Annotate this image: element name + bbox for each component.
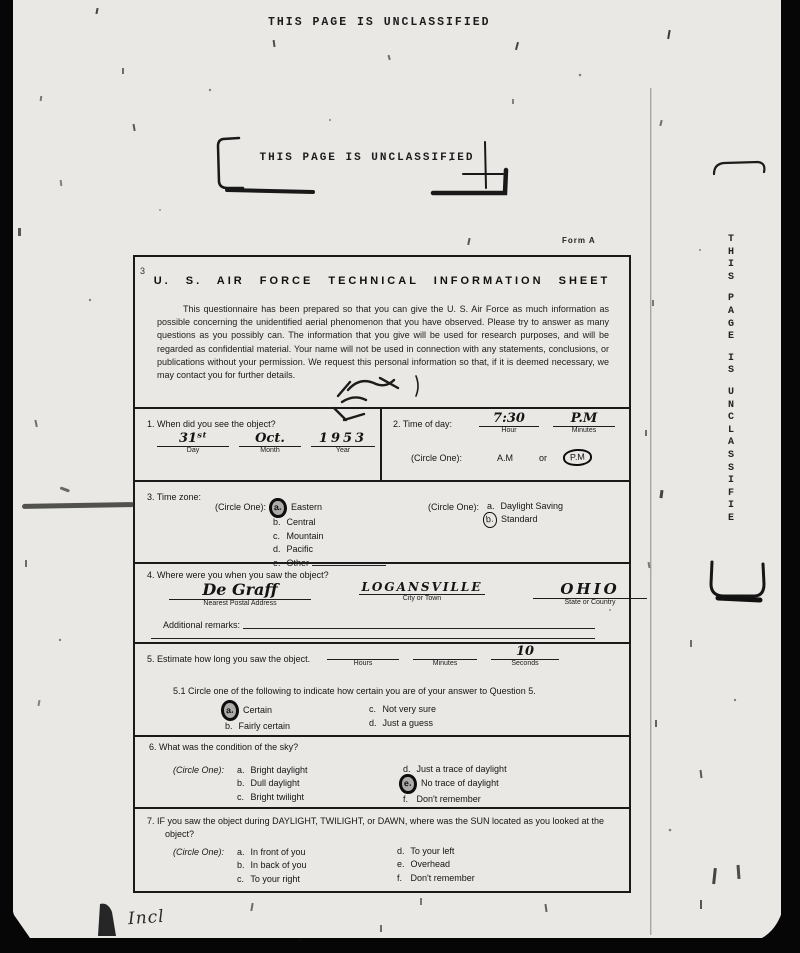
q5-options-col2: c. Not very sure d. Just a guess xyxy=(369,702,436,730)
unclassified-stamp: THIS PAGE IS UNCLASSIFIED xyxy=(252,152,482,164)
q3-dst-circle-one-label: (Circle One): xyxy=(428,502,479,512)
q6-options-col2: d. Just a trace of daylight e. No trace … xyxy=(403,763,507,806)
q5-options-col1: a. Certain b. Fairly certain xyxy=(225,702,290,733)
q1-day-value: 31ˢᵗ xyxy=(157,431,229,447)
form-series-label: Form A xyxy=(562,236,596,245)
q6-label: 6. What was the condition of the sky? xyxy=(149,742,298,752)
q5-minutes-label: Minutes xyxy=(433,660,458,667)
q6-options-col1: a. Bright daylight b. Dull daylight c. B… xyxy=(237,764,308,804)
q1-month-label: Month xyxy=(260,447,279,454)
q3-dst-options: a. Daylight Saving b. Standard xyxy=(487,500,563,527)
technical-information-sheet-form: U. S. AIR FORCE TECHNICAL INFORMATION SH… xyxy=(133,255,631,893)
q3-option-central: b. Central xyxy=(273,516,386,529)
q3-option-standard: b. Standard xyxy=(487,513,563,526)
q3-option-eastern: a. Eastern xyxy=(273,500,386,516)
q2-am-option: A.M xyxy=(497,453,513,463)
q2-circle-one-label: (Circle One): xyxy=(411,453,462,463)
q3-option-mountain: c. Mountain xyxy=(273,530,386,543)
q1-year-value: 1953 xyxy=(311,431,375,447)
q7-option-to-your-right: c. To your right xyxy=(237,873,307,886)
q4-state-value: OHIO xyxy=(533,580,647,599)
q4-city-label: City or Town xyxy=(403,595,441,602)
q7-circle-one-label: (Circle One): xyxy=(173,847,224,857)
top-unclassified-banner: THIS PAGE IS UNCLASSIFIED xyxy=(268,16,491,29)
q7-option-in-back: b. In back of you xyxy=(237,859,307,872)
q6-option-bright-twilight: c. Bright twilight xyxy=(237,791,308,804)
q5-option-not-very-sure: c. Not very sure xyxy=(369,702,436,716)
q4-state-label: State or Country xyxy=(565,599,616,606)
section-q1-q2: 1. When did you see the object? 31ˢᵗ Day… xyxy=(135,407,629,480)
q3-circle-one-label: (Circle One): xyxy=(215,502,266,512)
q1-day-field: 31ˢᵗ Day xyxy=(157,431,229,454)
section-q6: 6. What was the condition of the sky? (C… xyxy=(135,735,629,807)
q1-month-field: Oct. Month xyxy=(239,431,301,454)
q4-address-label: Nearest Postal Address xyxy=(203,600,276,607)
q6-option-trace-of-daylight: d. Just a trace of daylight xyxy=(403,763,507,776)
q7-option-overhead: e. Overhead xyxy=(397,858,475,871)
q7-label: 7. IF you saw the object during DAYLIGHT… xyxy=(165,815,617,840)
q5-answer-row: Hours Minutes 10 Seconds xyxy=(327,644,559,667)
q6-option-bright-daylight: a. Bright daylight xyxy=(237,764,308,777)
q5-option-certain: a. Certain xyxy=(225,702,290,719)
q5-sub-label: 5.1 Circle one of the following to indic… xyxy=(173,686,536,696)
scanned-document-page: THIS PAGE IS UNCLASSIFIED THIS PAGE IS U… xyxy=(0,0,800,953)
form-intro-paragraph: This questionnaire has been prepared so … xyxy=(157,303,609,382)
q2-hour-label: Hour xyxy=(501,427,516,434)
q5-option-fairly-certain: b. Fairly certain xyxy=(225,719,290,733)
q4-answer-row: De Graff Nearest Postal Address LOGANSVI… xyxy=(169,580,647,607)
section-header: U. S. AIR FORCE TECHNICAL INFORMATION SH… xyxy=(135,257,629,407)
q7-options-col1: a. In front of you b. In back of you c. … xyxy=(237,846,307,886)
q2-minutes-field: P.M Minutes xyxy=(553,411,615,434)
q4-city-value: LOGANSVILLE xyxy=(359,580,485,595)
q4-label: 4. Where were you when you saw the objec… xyxy=(147,570,329,580)
q4-state-field: OHIO State or Country xyxy=(533,580,647,607)
q7-option-dont-remember: f. Don't remember xyxy=(397,872,475,885)
q6-option-dull-daylight: b. Dull daylight xyxy=(237,777,308,790)
section-q7: 7. IF you saw the object during DAYLIGHT… xyxy=(135,807,629,889)
side-unclassified-stamp: T H I S P A G E I S U N C L A S S I F I … xyxy=(728,234,734,525)
q2-label: 2. Time of day: xyxy=(393,419,452,429)
q4-address-value: De Graff xyxy=(169,580,311,600)
q5-seconds-value: 10 xyxy=(491,644,559,660)
q1-year-field: 1953 Year xyxy=(311,431,375,454)
q1-label: 1. When did you see the object? xyxy=(147,419,276,429)
q2-hour-value: 7:30 xyxy=(479,411,539,427)
q3-options: a. Eastern b. Central c. Mountain d. Pac… xyxy=(273,500,386,570)
q6-circle-one-label: (Circle One): xyxy=(173,765,224,775)
column-divider xyxy=(380,409,382,480)
section-q3: 3. Time zone: (Circle One): a. Eastern b… xyxy=(135,480,629,562)
q1-day-label: Day xyxy=(187,447,199,454)
handwritten-incl-note: Incl xyxy=(127,907,165,930)
q2-minutes-label: Minutes xyxy=(572,427,597,434)
section-q4: 4. Where were you when you saw the objec… xyxy=(135,562,629,642)
q2-pm-option-circled: P.M xyxy=(563,448,593,466)
q3-option-pacific: d. Pacific xyxy=(273,543,386,556)
q5-minutes-field: Minutes xyxy=(413,644,477,667)
section-q5: 5. Estimate how long you saw the object.… xyxy=(135,642,629,735)
q5-label: 5. Estimate how long you saw the object. xyxy=(147,654,310,664)
q3-option-daylight-saving: a. Daylight Saving xyxy=(487,500,563,513)
q7-option-in-front: a. In front of you xyxy=(237,846,307,859)
q6-option-no-trace-of-daylight: e. No trace of daylight xyxy=(403,776,507,792)
q5-hours-value xyxy=(327,644,399,660)
q2-answer-row: 7:30 Hour P.M Minutes xyxy=(479,411,615,434)
q7-options-col2: d. To your left e. Overhead f. Don't rem… xyxy=(397,845,475,885)
form-title: U. S. AIR FORCE TECHNICAL INFORMATION SH… xyxy=(135,275,629,287)
q2-hour-field: 7:30 Hour xyxy=(479,411,539,434)
q2-minutes-value: P.M xyxy=(553,411,615,427)
q3-label: 3. Time zone: xyxy=(147,492,201,502)
q2-or-text: or xyxy=(539,453,547,463)
q5-hours-label: Hours xyxy=(354,660,373,667)
q6-option-dont-remember: f. Don't remember xyxy=(403,793,507,806)
q7-option-to-your-left: d. To your left xyxy=(397,845,475,858)
q1-month-value: Oct. xyxy=(239,431,301,447)
q5-seconds-label: Seconds xyxy=(511,660,538,667)
q4-city-field: LOGANSVILLE City or Town xyxy=(359,580,485,607)
q1-year-label: Year xyxy=(336,447,350,454)
q5-hours-field: Hours xyxy=(327,644,399,667)
q5-minutes-value xyxy=(413,644,477,660)
q5-seconds-field: 10 Seconds xyxy=(491,644,559,667)
q4-address-field: De Graff Nearest Postal Address xyxy=(169,580,311,607)
q1-answer-row: 31ˢᵗ Day Oct. Month 1953 Year xyxy=(157,431,375,454)
q5-option-just-a-guess: d. Just a guess xyxy=(369,716,436,730)
q4-remarks-line-2 xyxy=(151,628,595,639)
